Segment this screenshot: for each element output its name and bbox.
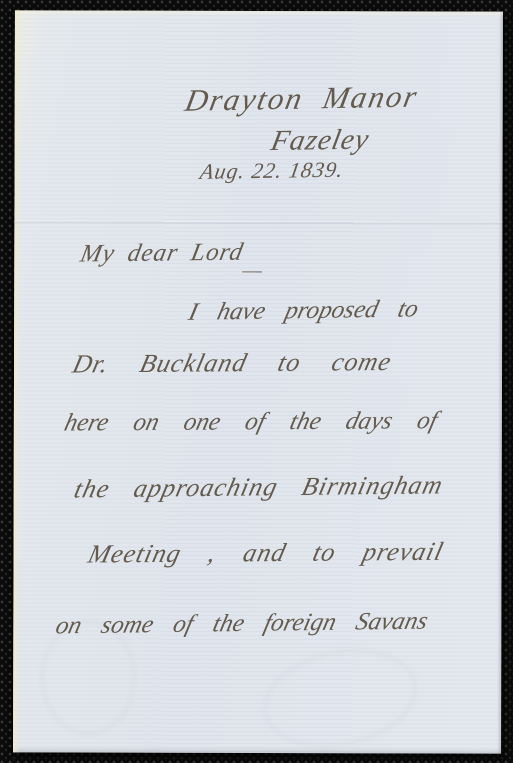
heading-place: Drayton Manor (183, 81, 421, 116)
salutation: My dear Lord (78, 240, 245, 267)
body-line: Meeting , and to prevail (86, 539, 447, 568)
fold-crease (14, 220, 502, 224)
ink-showthrough (255, 636, 425, 760)
heading-town: Fazeley (269, 126, 372, 156)
body-line: the approaching Birmingham (72, 472, 446, 502)
body-line: on some of the foreign Savans (53, 609, 430, 639)
heading-date: Aug. 22. 1839. (199, 159, 346, 183)
body-line: Dr. Buckland to come (70, 349, 394, 377)
salutation-dash: — (242, 259, 262, 281)
photo-background: Drayton Manor Fazeley Aug. 22. 1839. My … (0, 0, 513, 763)
letter-page: Drayton Manor Fazeley Aug. 22. 1839. My … (13, 10, 503, 753)
body-line: here on one of the days of (62, 408, 440, 435)
body-line: I have proposed to (186, 296, 421, 324)
